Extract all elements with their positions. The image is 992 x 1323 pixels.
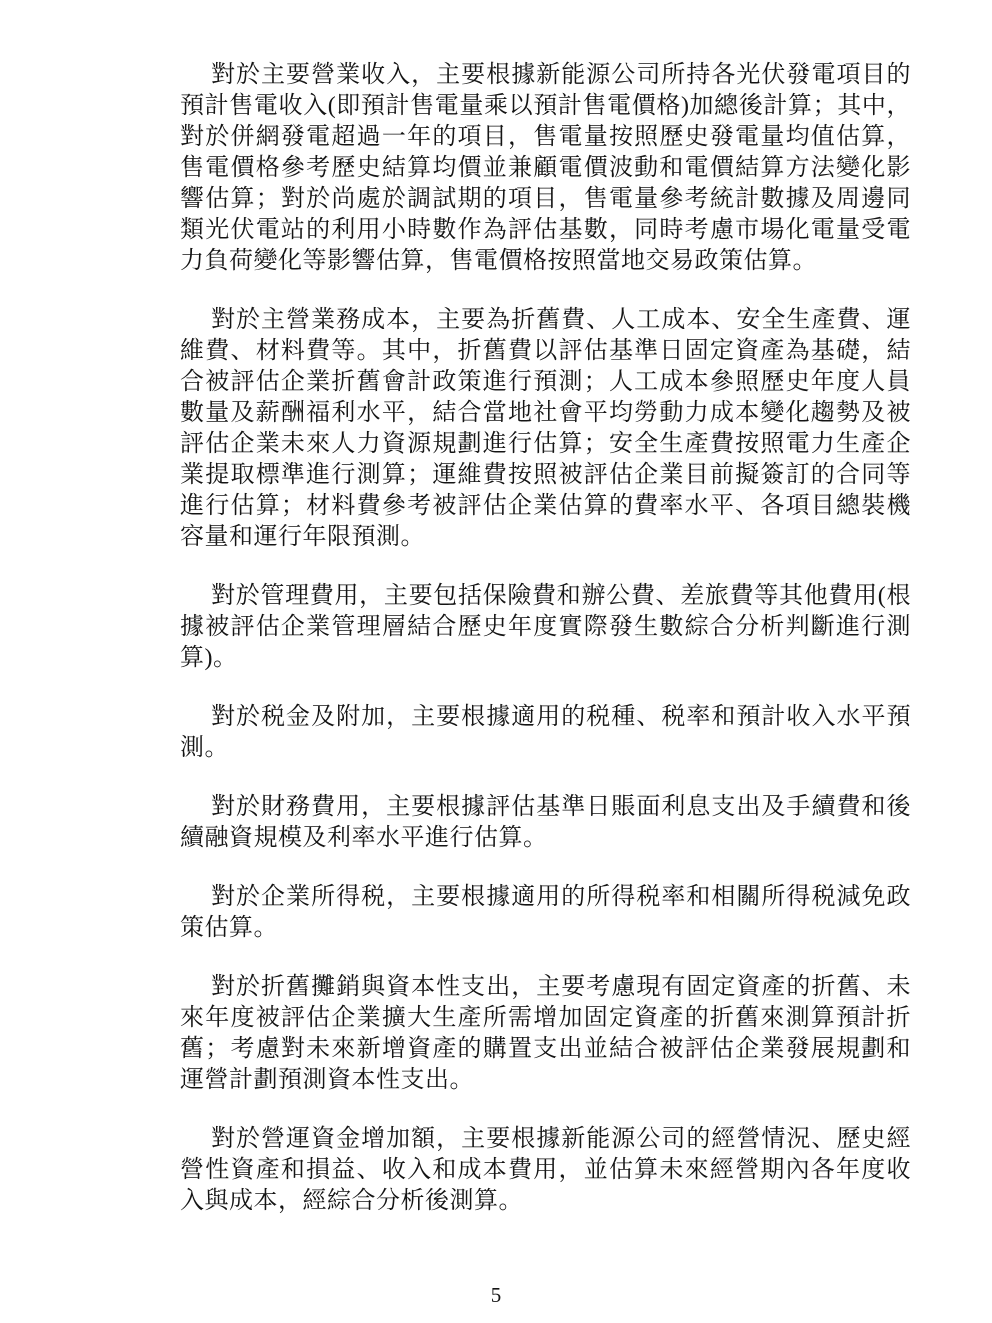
paragraph-taxes-surcharges: 對於税金及附加，主要根據適用的税種、税率和預計收入水平預測。 (180, 702, 911, 764)
paragraph-working-capital: 對於營運資金增加額，主要根據新能源公司的經營情況、歷史經營性資產和損益、收入和成… (180, 1124, 911, 1217)
paragraph-finance-costs: 對於財務費用，主要根據評估基準日賬面利息支出及手續費和後續融資規模及利率水平進行… (180, 792, 911, 854)
page-number: 5 (0, 1283, 992, 1308)
paragraph-revenue: 對於主要營業收入，主要根據新能源公司所持各光伏發電項目的預計售電收入(即預計售電… (180, 60, 911, 277)
paragraph-admin-expenses: 對於管理費用，主要包括保險費和辦公費、差旅費等其他費用(根據被評估企業管理層結合… (180, 581, 911, 674)
paragraph-operating-costs: 對於主營業務成本，主要為折舊費、人工成本、安全生產費、運維費、材料費等。其中，折… (180, 305, 911, 553)
paragraph-income-tax: 對於企業所得税，主要根據適用的所得税率和相關所得税減免政策估算。 (180, 882, 911, 944)
document-page: 對於主要營業收入，主要根據新能源公司所持各光伏發電項目的預計售電收入(即預計售電… (0, 0, 992, 1323)
document-body: 對於主要營業收入，主要根據新能源公司所持各光伏發電項目的預計售電收入(即預計售電… (180, 60, 911, 1245)
paragraph-depreciation-capex: 對於折舊攤銷與資本性支出，主要考慮現有固定資產的折舊、未來年度被評估企業擴大生產… (180, 972, 911, 1096)
